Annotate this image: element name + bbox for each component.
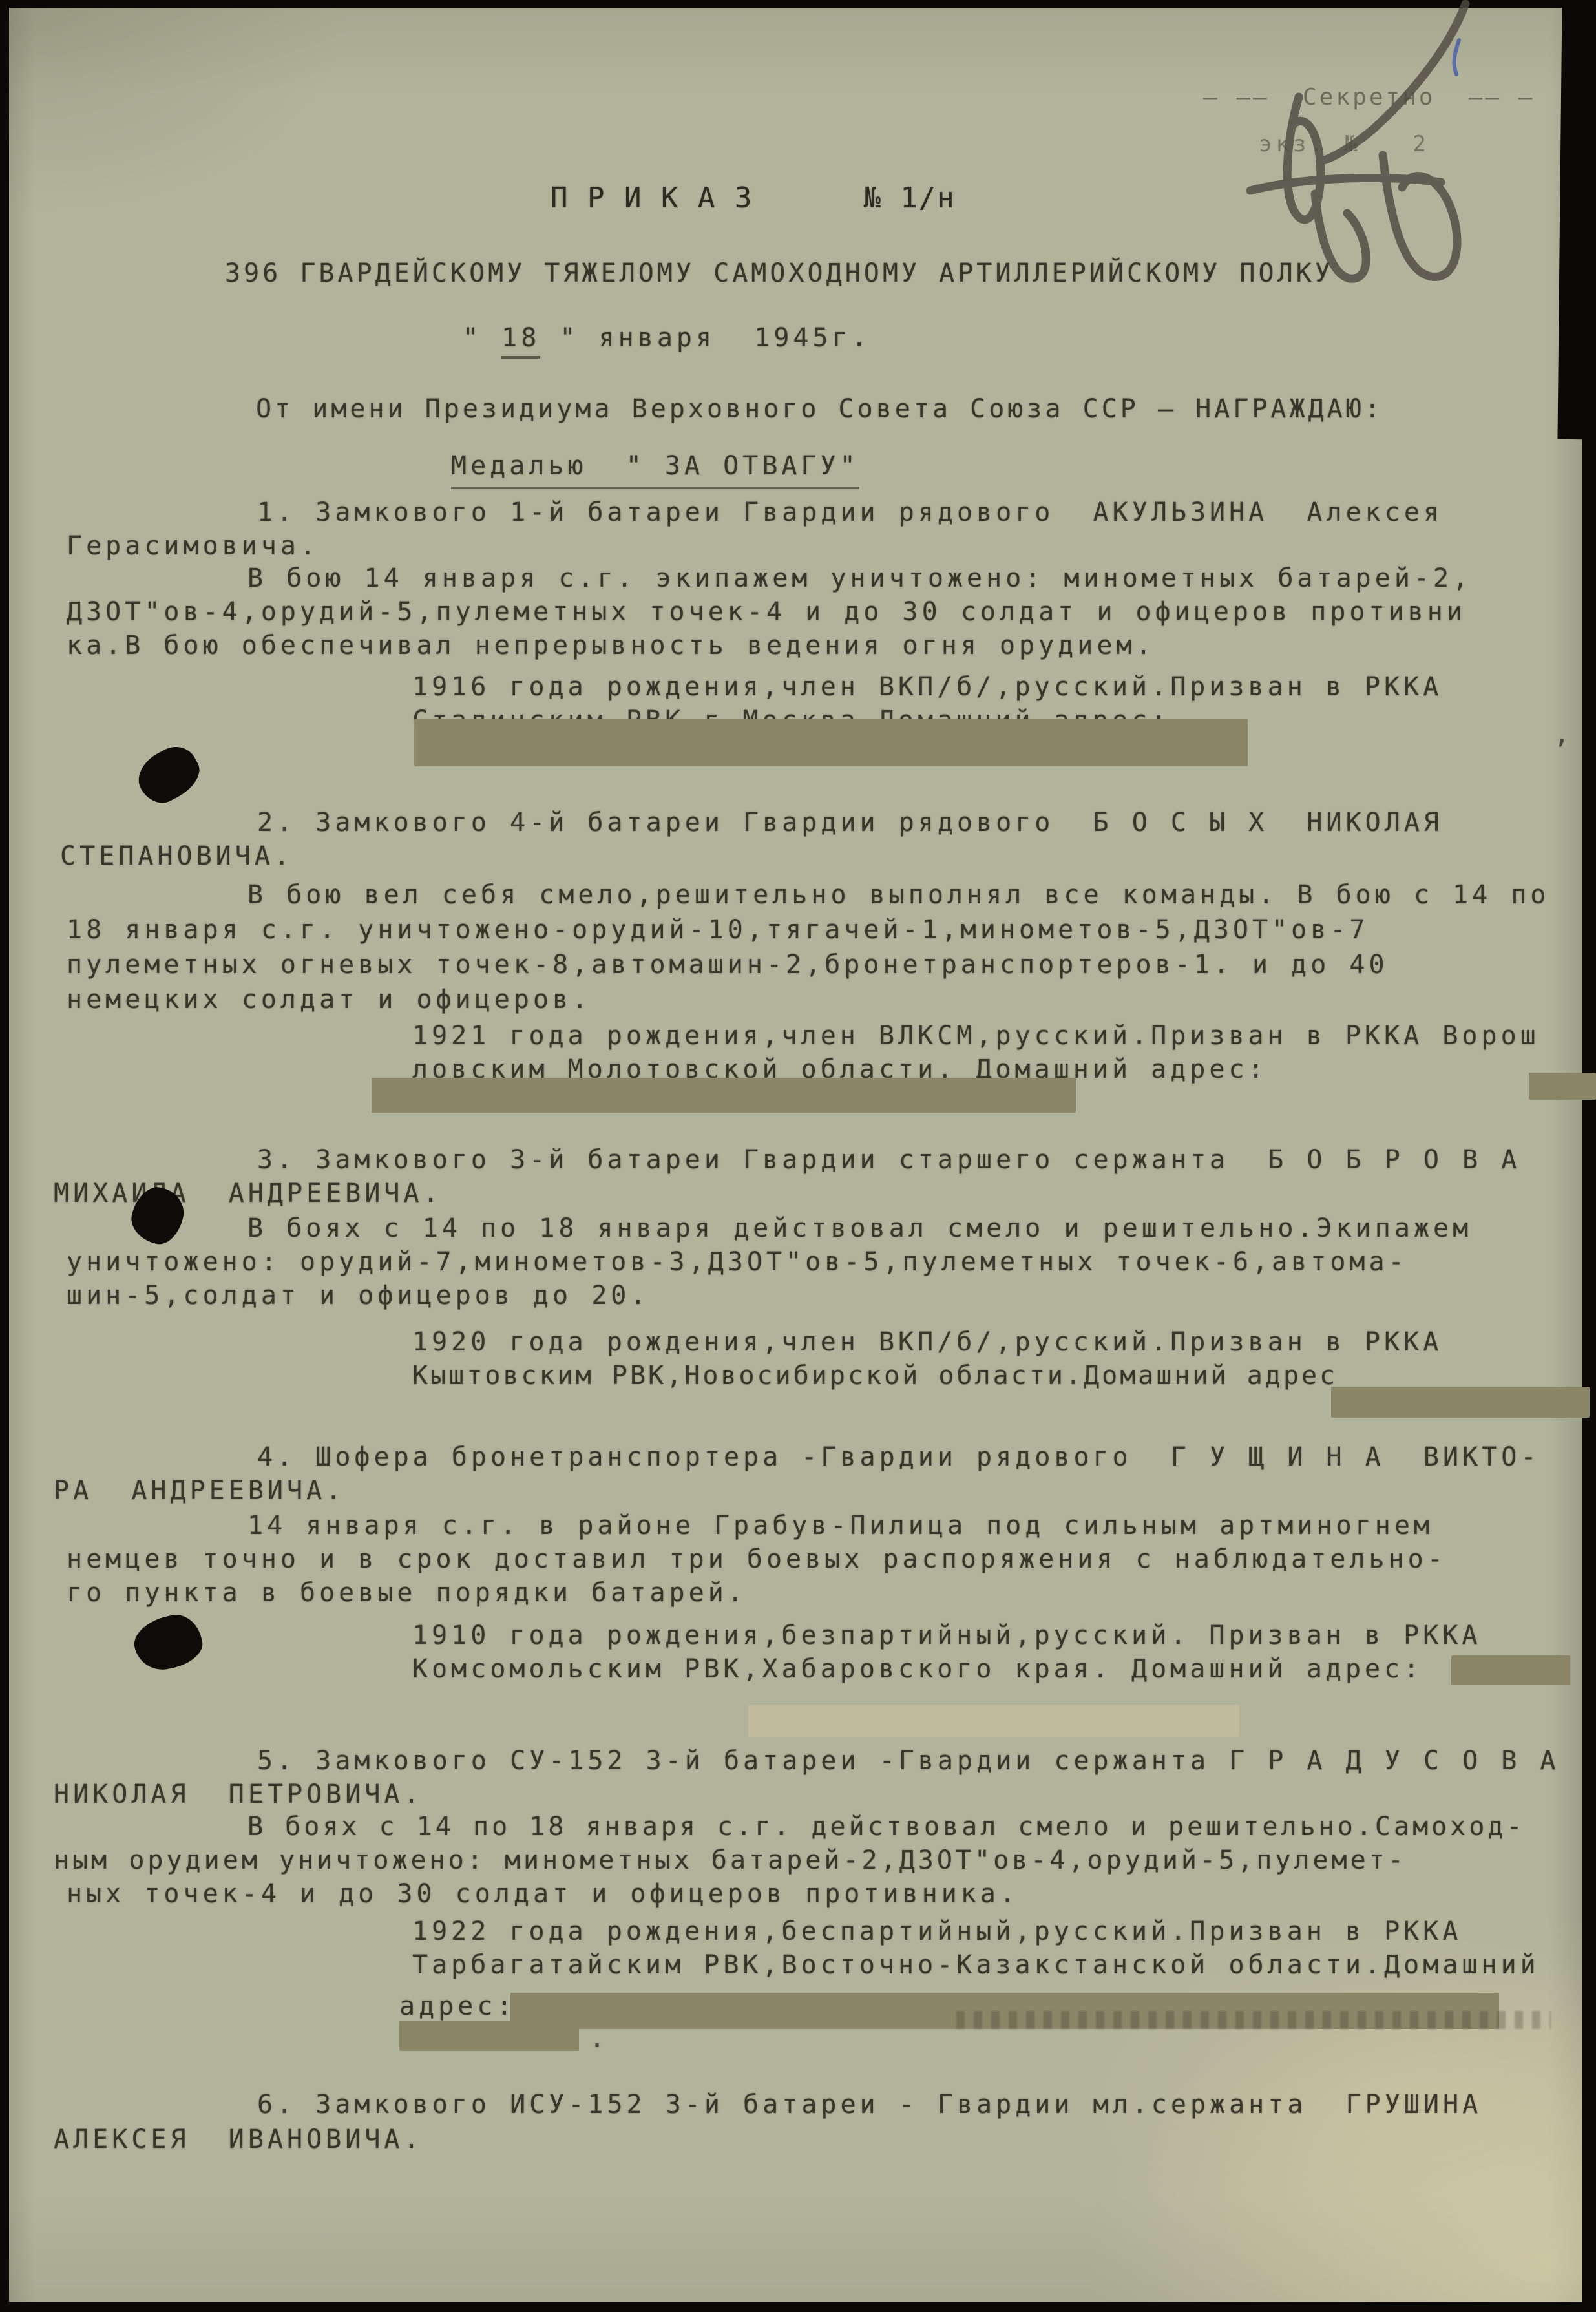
redaction-bar-2	[372, 1078, 1076, 1113]
para5-head-line1: 5. Замкового СУ-152 3-й батареи -Гвардии…	[257, 1745, 1560, 1777]
scan-border-left	[0, 0, 9, 2312]
redaction-bar-5b	[399, 2021, 579, 2051]
scan-border-right-wedge	[1557, 0, 1588, 439]
pencil-scribble	[1250, 4, 1465, 278]
para2-head-line2: СТЕПАНОВИЧА.	[60, 840, 293, 872]
para3-head-line1: 3. Замкового 3-й батареи Гвардии старшег…	[257, 1144, 1520, 1176]
medal-heading: Медалью " ЗА ОТВАГУ"	[451, 450, 859, 489]
para4-head-line2: РА АНДРЕЕВИЧА.	[54, 1475, 345, 1507]
para2-body-line4: немецких солдат и офицеров.	[67, 983, 591, 1016]
stray-period: .	[589, 2023, 609, 2055]
para1-body-line1: В бою 14 января с.г. экипажем уничтожено…	[247, 562, 1472, 594]
regiment-line: 396 ГВАРДЕЙСКОМУ ТЯЖЕЛОМУ САМОХОДНОМУ АР…	[225, 257, 1334, 289]
para3-body-line3: шин-5,солдат и офицеров до 20.	[67, 1279, 649, 1312]
para2-body-line3: пулеметных огневых точек-8,автомашин-2,б…	[67, 949, 1389, 981]
para1-body-line3: ка.В бою обеспечивал непрерывность веден…	[67, 629, 1155, 662]
para4-details-line1: 1910 года рождения,безпартийный,русский.…	[412, 1619, 1482, 1652]
para4-details-line2: Комсомольским РВК,Хабаровского края. Дом…	[412, 1653, 1423, 1685]
para1-details-line1: 1916 года рождения,член ВКП/б/,русский.П…	[412, 671, 1442, 703]
preamble-line: От имени Президиума Верховного Совета Со…	[256, 393, 1383, 425]
para1-head-line1: 1. Замкового 1-й батареи Гвардии рядовог…	[257, 496, 1443, 529]
para3-head-line2: МИХАИЛА АНДРЕЕВИЧА.	[54, 1177, 443, 1210]
para3-body-line1: В боях с 14 по 18 января действовал смел…	[247, 1212, 1472, 1245]
para2-head-line1: 2. Замкового 4-й батареи Гвардии рядовог…	[257, 806, 1443, 839]
date-day: 18	[501, 323, 540, 359]
para1-body-line2: ДЗОТ"ов-4,орудий-5,пулеметных точек-4 и …	[67, 596, 1466, 628]
scan-border-bottom	[0, 2302, 1596, 2312]
redaction-bar-4b-light	[748, 1705, 1239, 1737]
para1-head-line2: Герасимовича.	[67, 530, 319, 562]
para2-body-line2: 18 января с.г. уничтожено-орудий-10,тяга…	[67, 914, 1369, 946]
para4-body-line3: го пункта в боевые порядки батарей.	[67, 1577, 747, 1609]
para5-body-line3: ных точек-4 и до 30 солдат и офицеров пр…	[67, 1878, 1019, 1910]
para5-head-line2: НИКОЛАЯ ПЕТРОВИЧА.	[54, 1778, 423, 1811]
redaction-bar-1	[414, 719, 1248, 766]
para6-head-line2: АЛЕКСЕЯ ИВАНОВИЧА.	[54, 2123, 423, 2156]
redaction-bar-4a	[1451, 1655, 1570, 1685]
erased-text-smudge	[956, 2011, 1551, 2029]
date-rest: " января 1945г.	[540, 323, 870, 353]
para4-body-line2: немцев точно и в срок доставил три боевы…	[67, 1543, 1447, 1575]
date-open-quote: "	[463, 323, 501, 353]
para5-details-line1: 1922 года рождения,беспартийный,русский.…	[412, 1915, 1462, 1948]
para4-head-line1: 4. Шофера бронетранспортера -Гвардии ряд…	[257, 1441, 1540, 1473]
date-line: " 18 " января 1945г.	[463, 322, 871, 354]
document-scan: { "stamp": { "secrecy_line": "– —— Секре…	[0, 0, 1596, 2312]
order-title: П Р И К А З № 1/н	[551, 182, 956, 215]
redaction-bar-2b	[1529, 1073, 1596, 1100]
para5-details-line3: адрес:	[399, 1990, 516, 2023]
para3-details-line1: 1920 года рождения,член ВКП/б/,русский.П…	[412, 1326, 1442, 1358]
para5-body-line1: В боях с 14 по 18 января с.г. действовал…	[247, 1811, 1526, 1843]
para5-details-line2: Тарбагатайским РВК,Восточно-Казакстанско…	[412, 1949, 1540, 1981]
para5-body-line2: ным орудием уничтожено: минометных батар…	[54, 1844, 1407, 1876]
para3-details-line2: Кыштовским РВК,Новосибирской области.Дом…	[412, 1360, 1338, 1392]
para2-details-line1: 1921 года рождения,член ВЛКСМ,русский.Пр…	[412, 1020, 1540, 1052]
para6-head-line1: 6. Замкового ИСУ-152 3-й батареи - Гвард…	[257, 2088, 1482, 2121]
para3-body-line2: уничтожено: орудий-7,минометов-3,ДЗОТ"ов…	[67, 1246, 1408, 1278]
blue-pen-mark	[1454, 40, 1459, 74]
stray-comma: ,	[1554, 719, 1573, 751]
redaction-bar-3	[1331, 1387, 1590, 1418]
para2-body-line1: В бою вел себя смело,решительно выполнял…	[247, 879, 1550, 911]
para4-body-line1: 14 января с.г. в районе Грабув-Пилица по…	[247, 1509, 1433, 1542]
